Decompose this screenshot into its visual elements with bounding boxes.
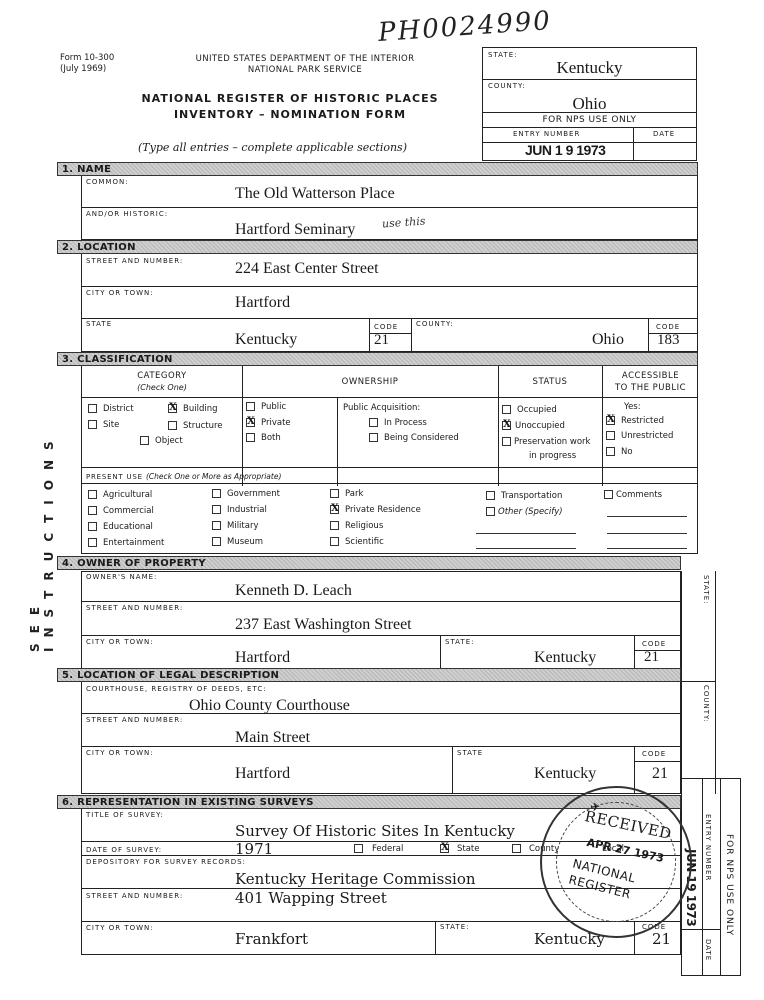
state-code-value: 21 xyxy=(374,332,389,349)
county-label: COUNTY: xyxy=(416,320,454,328)
checkbox-checked-icon[interactable] xyxy=(168,404,177,413)
title-line-2: INVENTORY – NOMINATION FORM xyxy=(120,107,460,123)
street-label: STREET AND NUMBER: xyxy=(86,257,183,265)
option-label: State xyxy=(457,844,480,854)
top-state-value: Kentucky xyxy=(483,58,696,78)
option-label: Agricultural xyxy=(103,490,152,500)
option-label: Park xyxy=(345,489,363,499)
checkbox-icon[interactable] xyxy=(212,537,221,546)
comments-line-2[interactable] xyxy=(607,533,687,534)
date-label: DATE xyxy=(653,130,675,138)
checkbox-icon[interactable] xyxy=(212,505,221,514)
form-number-text: Form 10-300 xyxy=(60,53,114,64)
checkbox-accessible-unrestricted[interactable]: Unrestricted xyxy=(606,431,673,441)
option-label: Military xyxy=(227,521,259,531)
option-label: Commercial xyxy=(103,506,154,516)
survey-title-value: Survey Of Historic Sites In Kentucky xyxy=(235,822,515,840)
owner-name-value: Kenneth D. Leach xyxy=(235,582,352,600)
checkbox-use-other[interactable]: Other (Specify) xyxy=(486,507,563,517)
handwritten-note: use this xyxy=(382,215,426,231)
checkbox-use-park[interactable]: Park xyxy=(330,489,363,499)
option-label: Religious xyxy=(345,521,383,531)
checkbox-icon[interactable] xyxy=(212,489,221,498)
legal-code-value: 21 xyxy=(652,765,668,783)
legal-city-value: Hartford xyxy=(235,765,290,783)
state-label: STATE xyxy=(86,320,112,328)
option-label: Being Considered xyxy=(384,433,459,443)
street-value: 224 East Center Street xyxy=(235,260,379,278)
survey-city-label: CITY OR TOWN: xyxy=(86,924,154,932)
form-title: NATIONAL REGISTER OF HISTORIC PLACES INV… xyxy=(120,91,460,123)
option-label: Unoccupied xyxy=(515,421,565,431)
checkbox-icon[interactable] xyxy=(502,405,511,414)
checkbox-status-preservation[interactable]: Preservation work xyxy=(502,437,590,447)
handwritten-id: PH0024990 xyxy=(377,6,553,48)
legal-state-label: STATE xyxy=(457,749,483,757)
margin-state-label: STATE: xyxy=(702,575,710,604)
comments-line-3[interactable] xyxy=(607,548,687,549)
checkbox-category-site[interactable]: Site xyxy=(88,420,119,430)
option-label: In Process xyxy=(384,418,427,428)
option-label: Structure xyxy=(183,421,223,431)
survey-date-label: DATE OF SURVEY: xyxy=(86,846,162,854)
checkbox-icon[interactable] xyxy=(246,433,255,442)
checkbox-icon[interactable] xyxy=(330,521,339,530)
checkbox-survey-state[interactable]: State xyxy=(440,844,480,854)
department-text: UNITED STATES DEPARTMENT OF THE INTERIOR xyxy=(140,54,470,65)
entry-date-stamp: JUN 1 9 1973 xyxy=(525,142,605,158)
depository-value: Kentucky Heritage Commission xyxy=(235,870,476,888)
section-legal-header: 5. LOCATION OF LEGAL DESCRIPTION xyxy=(57,668,681,682)
option-label: Comments xyxy=(616,490,662,500)
checkbox-icon[interactable] xyxy=(88,522,97,531)
checkbox-use-military[interactable]: Military xyxy=(212,521,259,531)
option-label: Private xyxy=(261,418,291,428)
checkbox-accessible-no[interactable]: No xyxy=(606,447,633,457)
owner-street-label: STREET AND NUMBER: xyxy=(86,604,183,612)
checkbox-use-comments[interactable]: Comments xyxy=(604,490,662,500)
owner-street-value: 237 East Washington Street xyxy=(235,616,412,634)
owner-city-value: Hartford xyxy=(235,649,290,667)
checkbox-checked-icon[interactable] xyxy=(440,844,449,853)
entry-number-label: ENTRY NUMBER xyxy=(513,130,580,138)
option-label: Other (Specify) xyxy=(498,507,563,517)
section-name-header: 1. NAME xyxy=(57,162,698,176)
option-label: Building xyxy=(183,404,217,414)
checkbox-use-private-residence[interactable]: Private Residence xyxy=(330,505,421,515)
option-label: Educational xyxy=(103,522,153,532)
margin-date-label: DATE xyxy=(704,939,712,961)
checkbox-accessible-restricted[interactable]: Restricted xyxy=(606,416,664,426)
section-legal-body: COURTHOUSE, REGISTRY OF DEEDS, ETC: Ohio… xyxy=(81,682,681,794)
checkbox-survey-federal[interactable]: Federal xyxy=(354,844,403,854)
department-heading: UNITED STATES DEPARTMENT OF THE INTERIOR… xyxy=(140,54,470,76)
checkbox-icon[interactable] xyxy=(369,433,378,442)
option-label: Public xyxy=(261,402,286,412)
received-stamp: ✈ RECEIVED APR 27 1973 NATIONAL REGISTER xyxy=(540,786,692,938)
checkbox-icon[interactable] xyxy=(502,437,511,446)
margin-nps-label: FOR NPS USE ONLY xyxy=(724,834,734,936)
section-classification-title: 3. CLASSIFICATION xyxy=(62,353,173,366)
option-label: Both xyxy=(261,433,281,443)
checkbox-icon[interactable] xyxy=(354,844,363,853)
checkbox-acquisition-in-process[interactable]: In Process xyxy=(369,418,427,428)
present-use-title: PRESENT USE xyxy=(86,473,143,481)
state-code-label: CODE xyxy=(374,323,398,331)
checkbox-checked-icon[interactable] xyxy=(330,505,339,514)
section-owner-header: 4. OWNER OF PROPERTY xyxy=(57,556,681,570)
right-margin-state-county: STATE: COUNTY: xyxy=(681,571,716,794)
top-county-label: COUNTY: xyxy=(488,82,526,90)
checkbox-icon[interactable] xyxy=(330,537,339,546)
county-code-label: CODE xyxy=(656,323,680,331)
checkbox-icon[interactable] xyxy=(606,447,615,456)
section-name-title: 1. NAME xyxy=(62,163,111,176)
checkbox-use-government[interactable]: Government xyxy=(212,489,280,499)
checkbox-icon[interactable] xyxy=(212,521,221,530)
common-name-value: The Old Watterson Place xyxy=(235,185,395,203)
checkbox-category-structure[interactable]: Structure xyxy=(168,421,223,431)
checkbox-status-occupied[interactable]: Occupied xyxy=(502,405,557,415)
checkbox-use-entertainment[interactable]: Entertainment xyxy=(88,538,164,548)
checkbox-icon[interactable] xyxy=(486,507,495,516)
accessible-header-2: TO THE PUBLIC xyxy=(602,383,699,393)
agency-text: NATIONAL PARK SERVICE xyxy=(140,65,470,76)
owner-state-label: STATE: xyxy=(445,638,474,646)
checkbox-use-transportation[interactable]: Transportation xyxy=(486,491,562,501)
historic-label: AND/OR HISTORIC: xyxy=(86,210,168,218)
owner-name-label: OWNER'S NAME: xyxy=(86,573,157,581)
checkbox-checked-icon[interactable] xyxy=(246,418,255,427)
legal-street-value: Main Street xyxy=(235,729,310,747)
option-label: No xyxy=(621,447,633,457)
checkbox-icon[interactable] xyxy=(606,431,615,440)
option-label: Occupied xyxy=(517,405,557,415)
see-instructions-text: SEE INSTRUCTIONS xyxy=(28,372,56,652)
checkbox-use-educational[interactable]: Educational xyxy=(88,522,153,532)
checkbox-checked-icon[interactable] xyxy=(606,416,615,425)
city-label: CITY OR TOWN: xyxy=(86,289,154,297)
section-legal-title: 5. LOCATION OF LEGAL DESCRIPTION xyxy=(62,669,279,682)
nps-use-only-label: FOR NPS USE ONLY xyxy=(483,115,696,125)
section-owner-body: OWNER'S NAME: Kenneth D. Leach STREET AN… xyxy=(81,571,681,669)
checkbox-category-object[interactable]: Object xyxy=(140,436,183,446)
survey-city-value: Frankfort xyxy=(235,930,308,948)
option-label: Private Residence xyxy=(345,505,421,515)
option-label: Restricted xyxy=(621,416,664,426)
checkbox-icon[interactable] xyxy=(88,538,97,547)
comments-line-1[interactable] xyxy=(607,516,687,517)
present-use-label: PRESENT USE (Check One or More as Approp… xyxy=(86,472,281,481)
checkbox-icon[interactable] xyxy=(246,402,255,411)
survey-street-label: STREET AND NUMBER: xyxy=(86,892,183,900)
common-label: COMMON: xyxy=(86,178,129,186)
status-in-progress-text: in progress xyxy=(529,451,576,461)
survey-street-value: 401 Wapping Street xyxy=(235,889,387,907)
section-location-body: STREET AND NUMBER: 224 East Center Stree… xyxy=(81,254,698,352)
option-label: Preservation work xyxy=(514,437,590,447)
checkbox-acquisition-being-considered[interactable]: Being Considered xyxy=(369,433,459,443)
checkbox-use-agricultural[interactable]: Agricultural xyxy=(88,490,152,500)
option-label: Museum xyxy=(227,537,263,547)
form-date-text: (July 1969) xyxy=(60,64,114,75)
accessible-header-1: ACCESSIBLE xyxy=(602,371,699,381)
section-classification-body: CATEGORY (Check One) OWNERSHIP STATUS AC… xyxy=(81,366,698,554)
checkbox-icon[interactable] xyxy=(88,420,97,429)
option-label: Unrestricted xyxy=(621,431,673,441)
state-value: Kentucky xyxy=(235,331,297,349)
owner-code-value: 21 xyxy=(644,649,659,666)
checkbox-checked-icon[interactable] xyxy=(502,421,511,430)
historic-name-value: Hartford Seminary xyxy=(235,221,355,239)
public-acquisition-label: Public Acquisition: xyxy=(343,403,420,413)
checkbox-ownership-both[interactable]: Both xyxy=(246,433,281,443)
accessible-yes-label: Yes: xyxy=(624,402,641,412)
legal-state-value: Kentucky xyxy=(534,765,596,783)
legal-city-label: CITY OR TOWN: xyxy=(86,749,154,757)
top-county-value: Ohio xyxy=(483,94,696,114)
checkbox-use-scientific[interactable]: Scientific xyxy=(330,537,384,547)
instructions-note: (Type all entries – complete applicable … xyxy=(138,141,407,154)
owner-city-label: CITY OR TOWN: xyxy=(86,638,154,646)
margin-county-label: COUNTY: xyxy=(702,685,710,723)
legal-code-label: CODE xyxy=(642,750,666,758)
courthouse-label: COURTHOUSE, REGISTRY OF DEEDS, ETC: xyxy=(86,685,267,693)
checkbox-ownership-public[interactable]: Public xyxy=(246,402,286,412)
option-label: Government xyxy=(227,489,280,499)
survey-state-label: STATE: xyxy=(440,923,469,931)
present-use-subtitle: (Check One or More as Appropriate) xyxy=(146,472,281,481)
see-instructions-side: SEE INSTRUCTIONS xyxy=(28,372,42,652)
option-label: Object xyxy=(155,436,183,446)
category-header: CATEGORY xyxy=(82,371,242,381)
section-name-body: COMMON: The Old Watterson Place AND/OR H… xyxy=(81,176,698,240)
checkbox-use-industrial[interactable]: Industrial xyxy=(212,505,267,515)
option-label: Entertainment xyxy=(103,538,164,548)
section-surveys-title: 6. REPRESENTATION IN EXISTING SURVEYS xyxy=(62,796,314,809)
checkbox-use-religious[interactable]: Religious xyxy=(330,521,383,531)
depository-label: DEPOSITORY FOR SURVEY RECORDS: xyxy=(86,858,246,866)
county-code-value: 183 xyxy=(657,332,680,349)
survey-title-label: TITLE OF SURVEY: xyxy=(86,811,164,819)
section-location-title: 2. LOCATION xyxy=(62,241,136,254)
checkbox-icon[interactable] xyxy=(330,489,339,498)
checkbox-icon[interactable] xyxy=(88,490,97,499)
section-owner-title: 4. OWNER OF PROPERTY xyxy=(62,557,206,570)
checkbox-use-commercial[interactable]: Commercial xyxy=(88,506,154,516)
legal-street-label: STREET AND NUMBER: xyxy=(86,716,183,724)
category-subheader: (Check One) xyxy=(82,383,242,392)
checkbox-icon[interactable] xyxy=(88,404,97,413)
status-header: STATUS xyxy=(498,377,602,387)
owner-state-value: Kentucky xyxy=(534,649,596,667)
checkbox-icon[interactable] xyxy=(168,421,177,430)
section-location-header: 2. LOCATION xyxy=(57,240,698,254)
ownership-header: OWNERSHIP xyxy=(242,377,498,387)
checkbox-icon[interactable] xyxy=(88,506,97,515)
option-label: Scientific xyxy=(345,537,384,547)
checkbox-icon[interactable] xyxy=(369,418,378,427)
checkbox-icon[interactable] xyxy=(512,844,521,853)
option-label: Transportation xyxy=(501,491,562,501)
other-specify-line-2[interactable] xyxy=(476,548,576,549)
option-label: District xyxy=(103,404,134,414)
option-label: Federal xyxy=(372,844,403,854)
option-label: Site xyxy=(103,420,119,430)
survey-code-value: 21 xyxy=(652,930,671,948)
section-classification-header: 3. CLASSIFICATION xyxy=(57,352,698,366)
checkbox-icon[interactable] xyxy=(604,490,613,499)
city-value: Hartford xyxy=(235,294,290,312)
option-label: Industrial xyxy=(227,505,267,515)
county-value: Ohio xyxy=(592,331,624,349)
margin-entry-number-label: ENTRY NUMBER xyxy=(704,814,712,881)
checkbox-category-district[interactable]: District xyxy=(88,404,134,414)
checkbox-category-building[interactable]: Building xyxy=(168,404,217,414)
form-number: Form 10-300 (July 1969) xyxy=(60,53,114,75)
title-line-1: NATIONAL REGISTER OF HISTORIC PLACES xyxy=(120,91,460,107)
checkbox-use-museum[interactable]: Museum xyxy=(212,537,263,547)
checkbox-ownership-private[interactable]: Private xyxy=(246,418,291,428)
checkbox-status-unoccupied[interactable]: Unoccupied xyxy=(502,421,565,431)
top-state-county-box: STATE: Kentucky COUNTY: Ohio FOR NPS USE… xyxy=(482,47,697,161)
other-specify-line-1[interactable] xyxy=(476,533,576,534)
owner-code-label: CODE xyxy=(642,640,666,648)
checkbox-icon[interactable] xyxy=(140,436,149,445)
checkbox-icon[interactable] xyxy=(486,491,495,500)
